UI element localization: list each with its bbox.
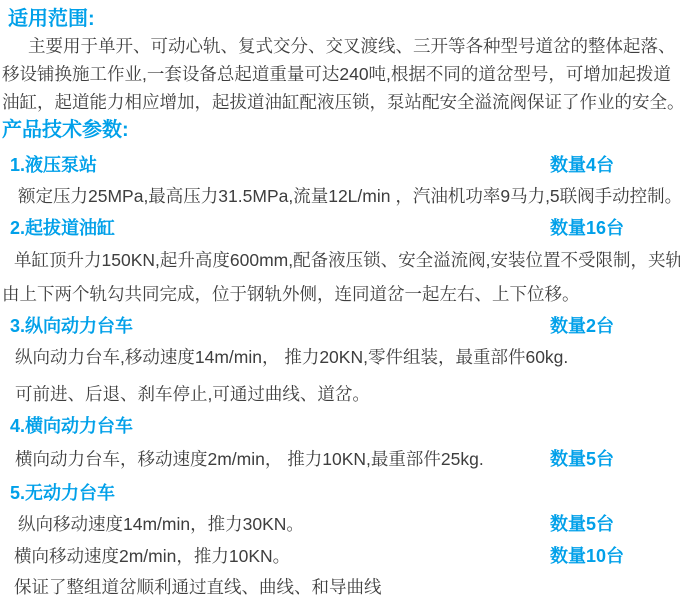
item-desc-text: 横向移动速度2m/min，推力10KN。 [14,546,290,566]
params-heading: 产品技术参数: [0,119,680,142]
document-page: 适用范围: 主要用于单开、可动心轨、复式交分、交叉渡线、三开等各种型号道岔的整体… [0,0,680,606]
item-title-row-unpowered-trolley: 5.无动力台车 [0,483,680,504]
scope-heading-text: 适用范围: [8,8,95,31]
quantity-badge: 数量4台 [550,155,614,176]
quantity-badge: 数量5台 [550,514,614,535]
scope-line: 油缸，起道能力相应增加，起拔道油缸配液压锁，泵站配安全溢流阀保证了作业的安全。 [0,92,680,112]
item-desc-text: 额定压力25MPa,最高压力31.5MPa,流量12L/min ，汽油机功率9马… [18,186,680,206]
item-desc-text: 横向动力台车，移动速度2m/min， 推力10KN,最重部件25kg. [15,449,484,469]
item-desc-text: 保证了整组道岔顺利通过直线、曲线、和导曲线 [14,577,382,597]
params-heading-text: 产品技术参数: [2,119,129,142]
scope-line: 移设铺换施工作业,一套设备总起道重量可达240吨,根据不同的道岔型号，可增加起拨… [0,64,680,84]
item-title-row-transverse-power-trolley: 4.横向动力台车 [0,416,680,437]
item-title-row-longitudinal-power-trolley: 3.纵向动力台车 数量2台 [0,316,680,337]
item-desc-row: 保证了整组道岔顺利通过直线、曲线、和导曲线 [0,577,680,597]
item-desc-text: 由上下两个轨勾共同完成，位于钢轨外侧，连同道岔一起左右、上下位移。 [2,284,580,304]
scope-line-text: 油缸，起道能力相应增加，起拔道油缸配液压锁，泵站配安全溢流阀保证了作业的安全。 [2,92,680,112]
item-desc-row: 横向动力台车，移动速度2m/min， 推力10KN,最重部件25kg. 数量5台 [0,449,680,469]
item-desc-row: 额定压力25MPa,最高压力31.5MPa,流量12L/min ，汽油机功率9马… [0,186,680,206]
quantity-badge: 数量2台 [550,316,614,337]
scope-line: 主要用于单开、可动心轨、复式交分、交叉渡线、三开等各种型号道岔的整体起落、 [0,36,680,56]
quantity-badge: 数量10台 [550,546,624,567]
item-desc-row: 纵向动力台车,移动速度14m/min， 推力20KN,零件组装，最重部件60kg… [0,347,680,367]
item-title-row-pump-station: 1.液压泵站 数量4台 [0,155,680,176]
item-desc-row: 横向移动速度2m/min，推力10KN。 数量10台 [0,546,680,566]
item-desc-row: 单缸顶升力150KN,起升高度600mm,配备液压锁、安全溢流阀,安装位置不受限… [0,250,680,270]
item-desc-text: 纵向移动速度14m/min，推力30KN。 [18,514,304,534]
item-title: 5.无动力台车 [10,483,115,504]
item-desc-row: 由上下两个轨勾共同完成，位于钢轨外侧，连同道岔一起左右、上下位移。 [0,284,680,304]
item-desc-row: 纵向移动速度14m/min，推力30KN。 数量5台 [0,514,680,534]
scope-line-text: 主要用于单开、可动心轨、复式交分、交叉渡线、三开等各种型号道岔的整体起落、 [28,36,676,56]
scope-heading: 适用范围: [0,8,680,31]
item-title: 2.起拔道油缸 [10,218,115,239]
item-title: 3.纵向动力台车 [10,316,133,337]
scope-line-text: 移设铺换施工作业,一套设备总起道重量可达240吨,根据不同的道岔型号，可增加起拨… [2,64,671,84]
item-desc-text: 纵向动力台车,移动速度14m/min， 推力20KN,零件组装，最重部件60kg… [15,347,568,367]
item-desc-text: 单缸顶升力150KN,起升高度600mm,配备液压锁、安全溢流阀,安装位置不受限… [14,250,680,270]
quantity-badge: 数量5台 [550,449,614,470]
item-desc-text: 可前进、后退、刹车停止,可通过曲线、道岔。 [15,384,370,404]
item-title: 1.液压泵站 [10,155,97,176]
item-title-row-lift-cylinder: 2.起拔道油缸 数量16台 [0,218,680,239]
item-desc-row: 可前进、后退、刹车停止,可通过曲线、道岔。 [0,384,680,404]
item-title: 4.横向动力台车 [10,416,133,437]
quantity-badge: 数量16台 [550,218,624,239]
